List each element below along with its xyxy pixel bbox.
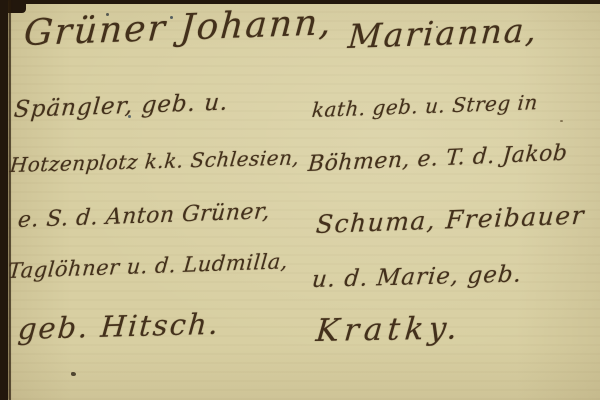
handwriting-line: Schuma, Freibauer [315, 201, 586, 239]
handwriting-line: Spängler, geb. u. [13, 89, 230, 123]
handwriting-line: Marianna, [347, 10, 540, 56]
ink-speck [436, 26, 438, 28]
handwriting-line: Taglöhner u. d. Ludmilla, [7, 249, 289, 283]
ink-speck [106, 13, 109, 16]
handwriting-line: kath. geb. u. Streg in [311, 90, 539, 122]
handwriting-line: geb. Hitsch. [17, 307, 222, 346]
handwriting-line: e. S. d. Anton Grüner, [17, 199, 271, 233]
ink-speck [560, 120, 563, 122]
handwriting-line: Grüner Johann, [23, 2, 335, 54]
handwriting-line: Hotzenplotz k.k. Schlesien, [9, 145, 301, 177]
handwriting-line: u. d. Marie, geb. [311, 261, 523, 293]
left-margin-rule [0, 0, 8, 400]
ink-speck [71, 372, 76, 376]
handwriting-line: Böhmen, e. T. d. Jakob [307, 141, 568, 177]
register-page-scan: Grüner Johann, Spängler, geb. u. Hotzenp… [0, 0, 600, 400]
left-margin-inner-rule [9, 0, 11, 400]
ink-speck [170, 16, 173, 19]
handwriting-line: Kratky. [314, 310, 463, 349]
ink-speck [128, 115, 131, 118]
